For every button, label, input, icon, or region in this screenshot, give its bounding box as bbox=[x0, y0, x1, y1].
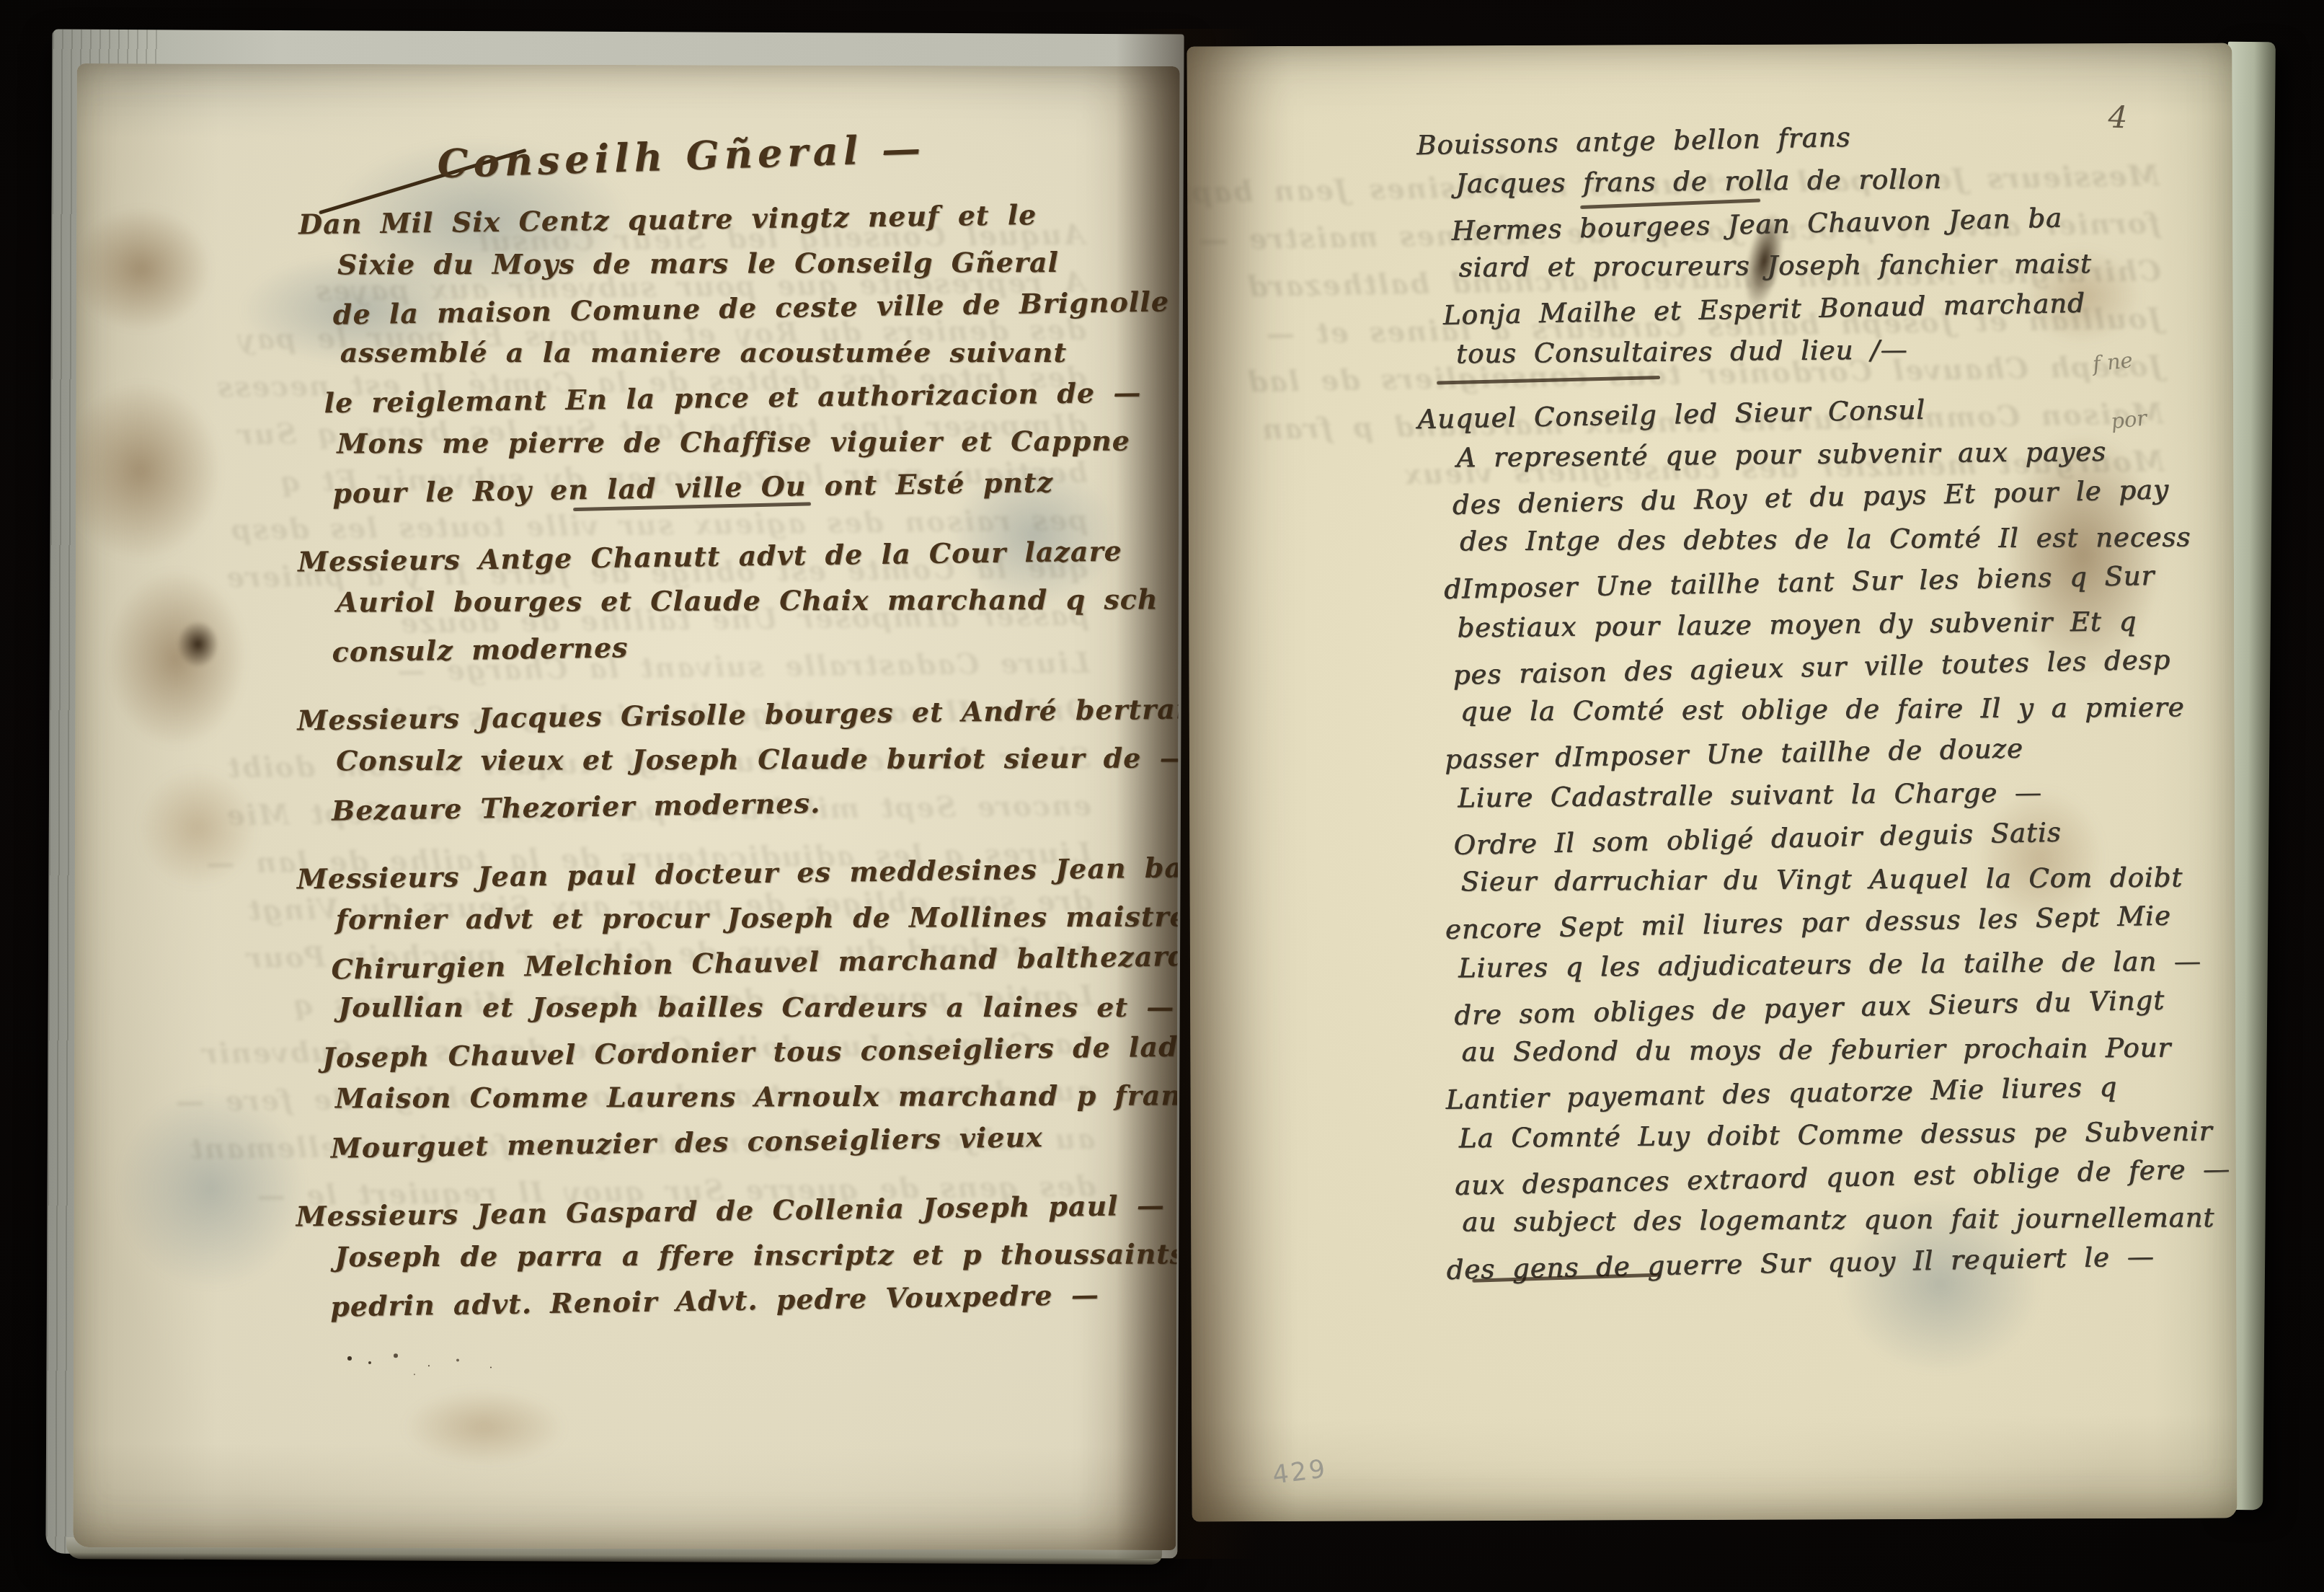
brown-damp-stain bbox=[73, 352, 249, 591]
gray-wash-stain bbox=[88, 1058, 334, 1319]
paragraph-consuls-modern: Messieurs Antge Chanutt advt de la Cour … bbox=[306, 533, 1179, 669]
manuscript-line: pedrin advt. Renoir Advt. pedre Vouxpedr… bbox=[330, 1271, 1177, 1329]
right-page: Messieurs Jean paul docteur es meddesine… bbox=[1187, 43, 2237, 1521]
manuscript-line: Chirurgien Melchion Chauvel marchand bal… bbox=[331, 934, 1178, 991]
right-page-text: Bouissons antge bellon fransJacques fran… bbox=[1425, 115, 2230, 1304]
manuscript-line: Messieurs Jean paul docteur es meddesine… bbox=[296, 846, 1169, 902]
manuscript-line: assemblé a la maniere acoustumée suivant bbox=[340, 330, 1180, 375]
section-heading: Conseilh Gñeral — bbox=[437, 117, 1180, 187]
paragraph-assembly-date: Dan Mil Six Centz quatre vingtz neuf et … bbox=[306, 195, 1179, 510]
paragraph-councillors-named: Messieurs Jean Gaspard de Collenia Josep… bbox=[304, 1188, 1176, 1324]
margin-note: f ne bbox=[2091, 348, 2134, 376]
manuscript-line: de la maison Comune de ceste ville de Br… bbox=[332, 279, 1179, 337]
manuscript-line: Consulz vieux et Joseph Claude buriot si… bbox=[336, 735, 1180, 783]
brown-damp-stain bbox=[118, 748, 278, 908]
manuscript-line: Sixie du Moys de mars le Conseilg Gñeral bbox=[337, 239, 1180, 287]
manuscript-line: Joullian et Joseph bailles Cardeurs a la… bbox=[338, 985, 1179, 1030]
manuscript-line: fornier advt et procur Joseph de Molline… bbox=[335, 894, 1179, 942]
manuscript-line: Maison Comme Laurens Arnoulx marchand p … bbox=[335, 1073, 1180, 1120]
ink-blot bbox=[169, 611, 226, 676]
paragraph-council-deliberation: Auquel Conseilg led Sieur ConsulA repres… bbox=[1426, 389, 2229, 1286]
smudge-stain bbox=[376, 1376, 593, 1478]
manuscript-line: Messieurs Jean Gaspard de Collenia Josep… bbox=[296, 1183, 1168, 1239]
margin-note: por bbox=[2110, 405, 2148, 433]
manuscript-line: consulz modernes bbox=[332, 616, 1179, 674]
brown-damp-stain bbox=[82, 539, 270, 778]
brown-damp-stain bbox=[73, 186, 235, 353]
paragraph-councillors: Messieurs Jean paul docteur es meddesine… bbox=[305, 850, 1178, 1165]
manuscript-line: Messieurs Antge Chanutt advt de la Cour … bbox=[298, 529, 1171, 585]
manuscript-line: pour le Roy en lad ville Ou ont Esté pnt… bbox=[332, 458, 1179, 516]
pencil-archival-number: 429 bbox=[1271, 1454, 1329, 1490]
ink-speckles bbox=[347, 1356, 352, 1361]
manuscript-photograph: Auquel Conseilg led Sieur ConsulA repres… bbox=[0, 0, 2324, 1592]
manuscript-line: Mourguet menuzier des conseigliers vieux bbox=[330, 1113, 1177, 1170]
manuscript-line: Joseph Chauvel Cordonier tous conseiglie… bbox=[322, 1025, 1169, 1080]
manuscript-line: Auriol bourges et Claude Chaix marchand … bbox=[337, 577, 1180, 624]
left-page: Auquel Conseilg led Sieur ConsulA repres… bbox=[73, 63, 1179, 1550]
manuscript-line: le reiglemant En la pnce et authorizacio… bbox=[324, 370, 1171, 425]
manuscript-line: Mons me pierre de Chaffise viguier et Ca… bbox=[337, 418, 1179, 466]
manuscript-line: Dan Mil Six Centz quatre vingtz neuf et … bbox=[298, 191, 1171, 247]
manuscript-line: Messieurs Jacques Grisolle bourges et An… bbox=[297, 687, 1170, 743]
manuscript-line: Joseph de parra a ffere inscriptz et p t… bbox=[334, 1231, 1179, 1279]
manuscript-line: Bezaure Thezorier modernes. bbox=[332, 775, 1179, 833]
paragraph-councillors-continued: Bouissons antge bellon fransJacques fran… bbox=[1425, 115, 2226, 373]
left-page-text: Conseilh Gñeral — Dan Mil Six Centz quat… bbox=[304, 128, 1179, 1348]
paragraph-consuls-old: Messieurs Jacques Grisolle bourges et An… bbox=[306, 691, 1178, 828]
